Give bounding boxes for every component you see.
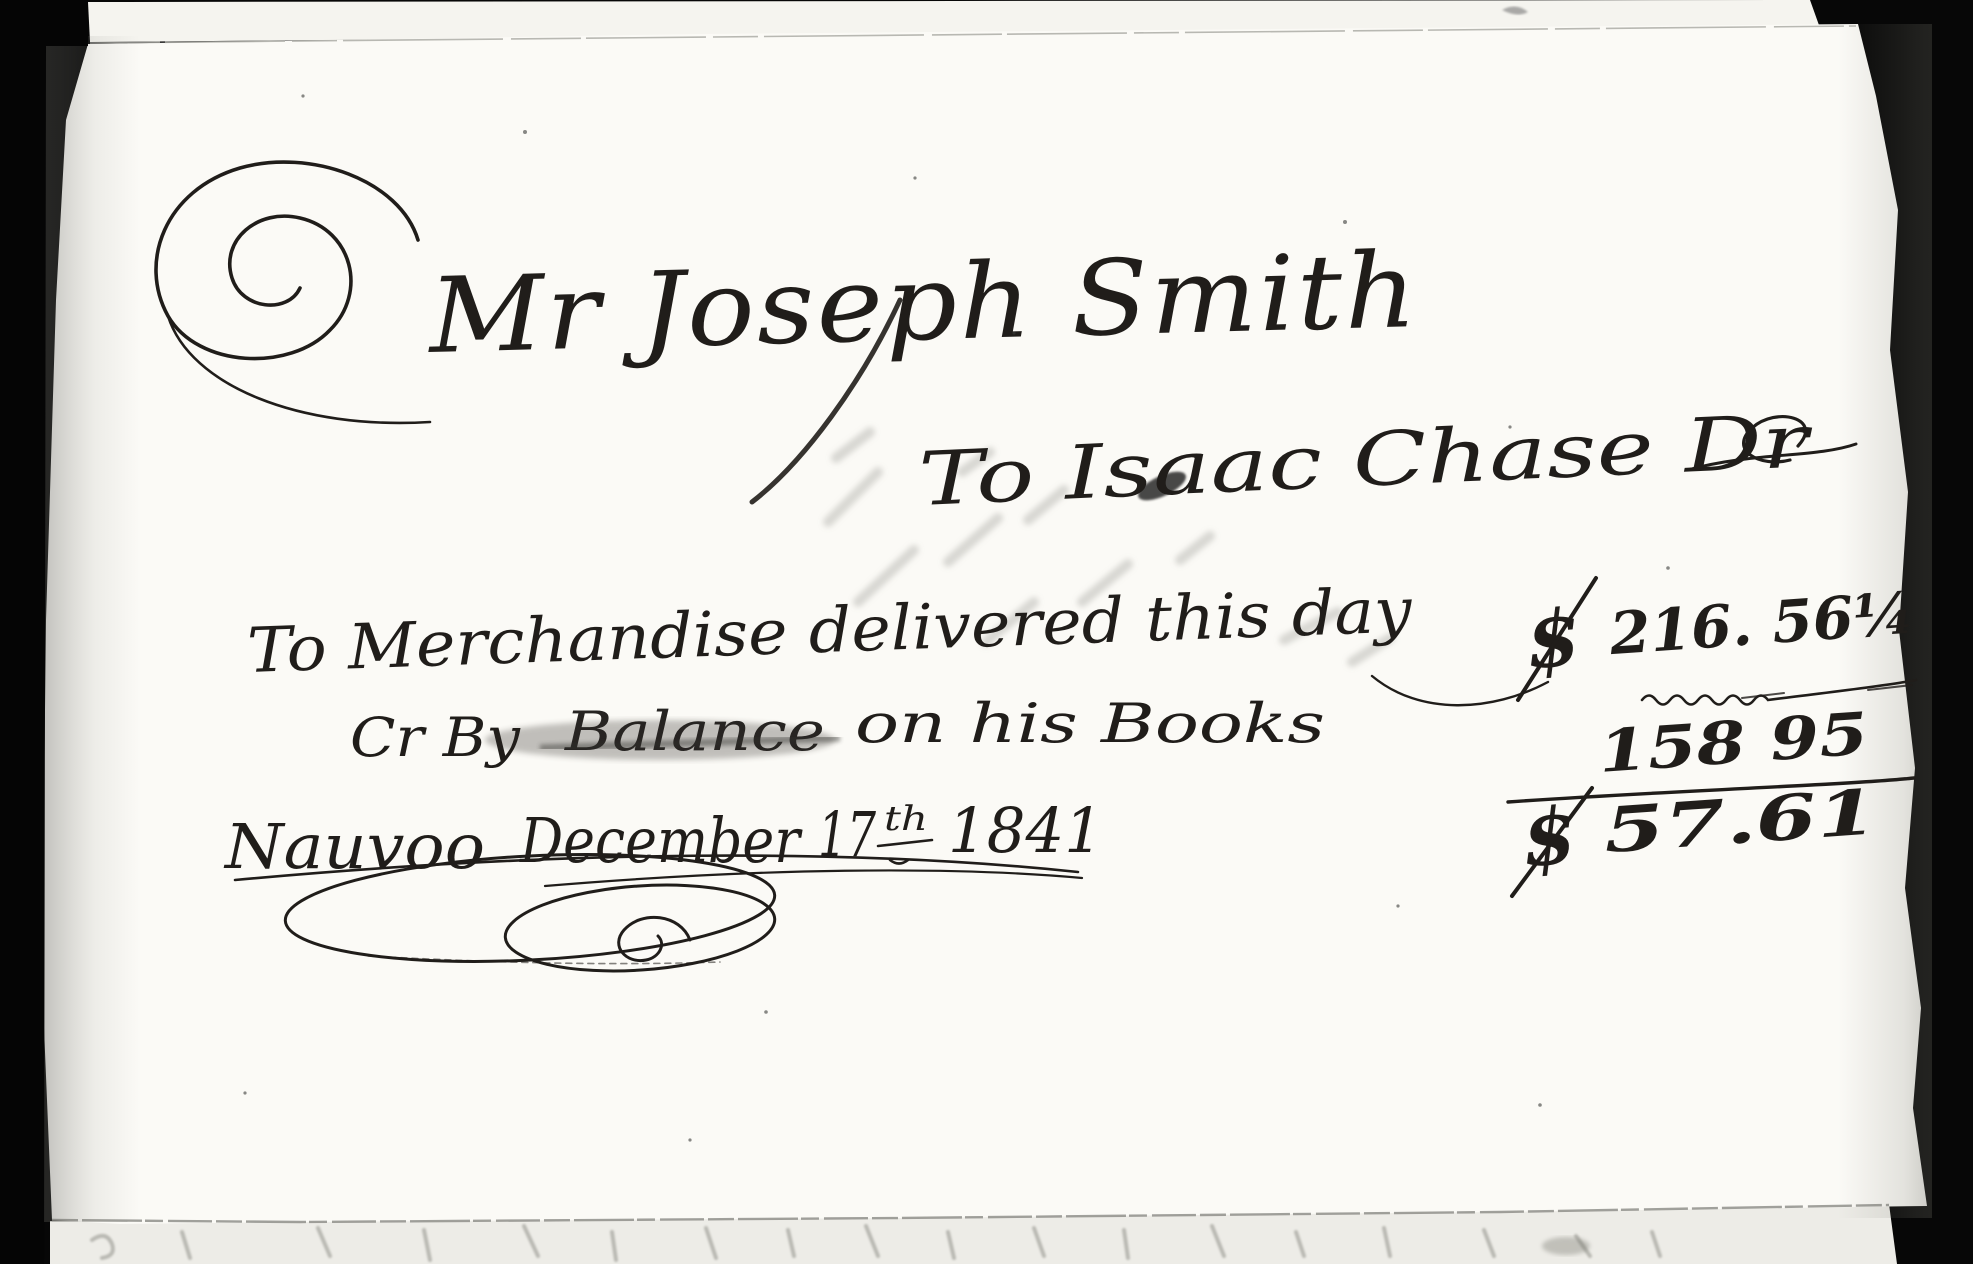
date-day: 17 xyxy=(818,798,876,871)
receipt-scan: Mr Joseph Smith To Isaac Chase Dr To Mer… xyxy=(0,0,1973,1264)
underlying-page-smudge xyxy=(1542,1237,1590,1255)
credit-suffix: on his Books xyxy=(855,692,1325,755)
date-ordinal: th xyxy=(884,799,928,839)
date-place: Nauvoo xyxy=(223,810,485,883)
balance-dollar-sign: $ xyxy=(1519,790,1579,885)
debit-dollar-sign: $ xyxy=(1523,592,1583,687)
scanned-receipt-page: Mr Joseph Smith To Isaac Chase Dr To Mer… xyxy=(0,0,1973,1264)
date-month: December xyxy=(519,804,803,877)
addressee-line: Mr Joseph Smith xyxy=(425,229,1420,377)
date-year: 1841 xyxy=(948,794,1103,867)
left-edge-shadow xyxy=(40,36,140,1222)
